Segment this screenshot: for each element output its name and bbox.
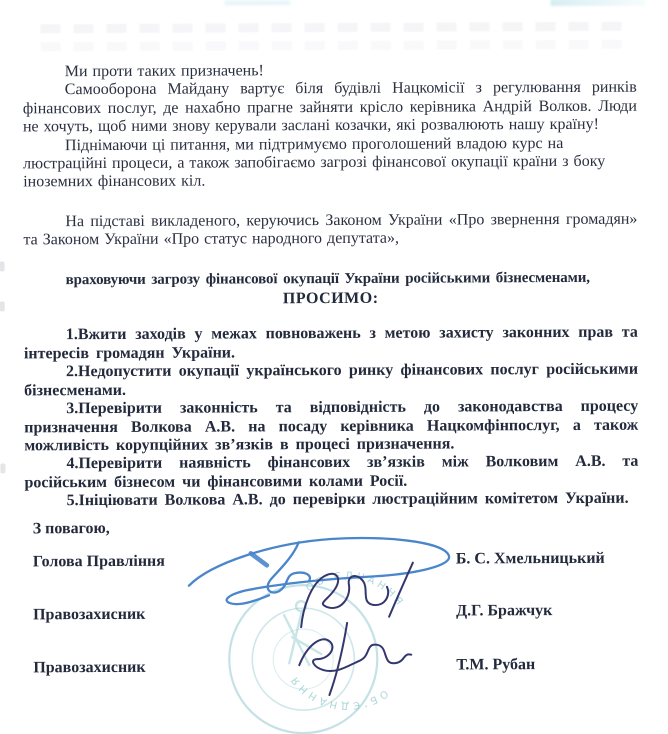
- request-item-4: 4.Перевірити наявність фінансових зв’язк…: [24, 453, 638, 492]
- request-item-1: 1.Вжити заходів у межах повноважень з ме…: [24, 324, 638, 363]
- request-intro-line: враховуючи загрозу фінансової окупації У…: [24, 268, 638, 289]
- request-heading: ПРОСИМО:: [24, 289, 638, 310]
- request-item-5: 5.Ініціювати Волкова А.В. до перевірки л…: [25, 490, 639, 511]
- closing-salutation: З повагою,: [33, 520, 110, 538]
- scan-edge-mark: [0, 463, 5, 473]
- signer-title-1: Голова Правління: [33, 553, 165, 572]
- scan-edge-mark: [0, 261, 5, 271]
- request-item-2: 2.Недопустити окупації українського ринк…: [24, 361, 638, 400]
- scan-smudge: [224, 0, 290, 5]
- request-item-3: 3.Перевірити законність та відповідність…: [24, 398, 638, 456]
- paragraph-lustration: Піднімаючи ці питання, ми підтримуємо пр…: [23, 134, 637, 192]
- ink-bleed-through: [41, 22, 627, 34]
- scanned-letter-page: Ми проти таких призначень! Самооборона М…: [0, 0, 668, 734]
- paragraph-samooborona: Самооборона Майдану вартує біля будівлі …: [23, 79, 637, 137]
- signer-title-2: Правозахисник: [33, 606, 145, 624]
- signatures-and-stamp: ОБ’ЄДНАННЯ ОБ’ЄДНАННЯ: [151, 514, 482, 734]
- round-stamp: ОБ’ЄДНАННЯ ОБ’ЄДНАННЯ: [229, 570, 407, 733]
- signature-brazhchuk-ruban: [299, 563, 414, 695]
- paragraph-legal-basis: На підставі викладеного, керуючись Закон…: [23, 211, 637, 250]
- numbered-requests: 1.Вжити заходів у межах повноважень з ме…: [24, 324, 639, 511]
- scan-smudge: [550, 0, 645, 6]
- signature-khmelnytskyi: [189, 538, 450, 605]
- letter-body: Ми проти таких призначень! Самооборона М…: [23, 61, 639, 511]
- signer-title-3: Правозахисник: [33, 659, 145, 677]
- scan-edge-mark: [0, 301, 5, 311]
- ink-bleed-through: [41, 40, 627, 52]
